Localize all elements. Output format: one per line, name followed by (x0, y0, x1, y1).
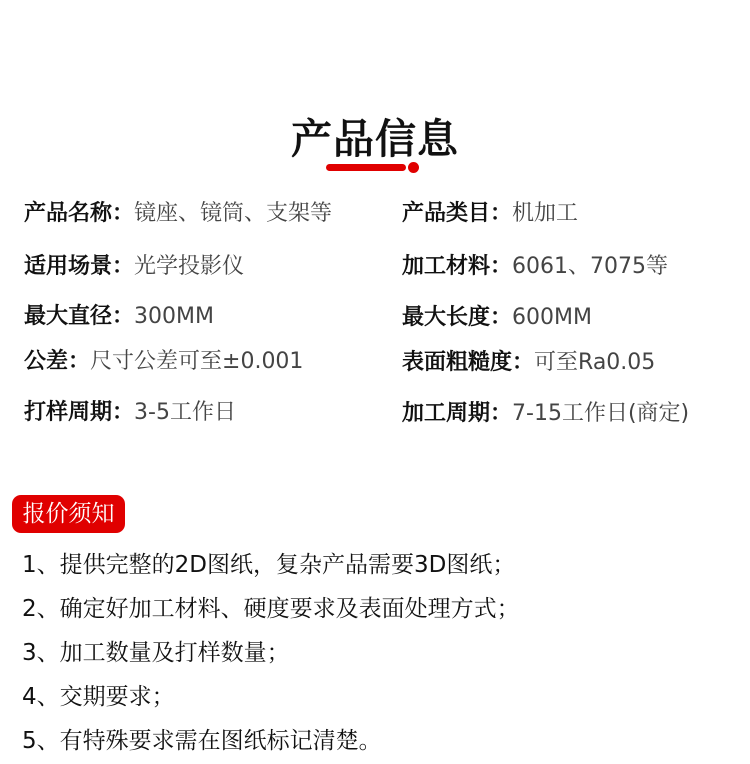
spec-sample-cycle: 打样周期：3-5工作日 (24, 398, 236, 428)
page-title: 产品信息 (0, 106, 750, 165)
spec-label: 表面粗糙度： (402, 350, 534, 375)
spec-label: 加工周期： (402, 401, 512, 426)
spec-label: 最大长度： (402, 305, 512, 330)
spec-processing-cycle: 加工周期：7-15工作日(商定) (402, 399, 689, 429)
spec-label: 产品类目： (402, 201, 512, 226)
spec-material: 加工材料：6061、7075等 (402, 252, 668, 282)
spec-label: 打样周期： (24, 400, 134, 425)
spec-value: 镜座、镜筒、支架等 (134, 201, 332, 226)
spec-max-length: 最大长度：600MM (402, 303, 592, 333)
list-item: 5、有特殊要求需在图纸标记清楚。 (22, 724, 520, 764)
spec-value: 机加工 (512, 201, 578, 226)
spec-application: 适用场景：光学投影仪 (24, 252, 244, 282)
list-item: 3、加工数量及打样数量； (22, 636, 520, 680)
list-item: 4、交期要求； (22, 680, 520, 724)
spec-product-name: 产品名称：镜座、镜筒、支架等 (24, 199, 332, 229)
spec-max-diameter: 最大直径：300MM (24, 302, 214, 332)
title-underline-dot (408, 162, 419, 173)
list-item: 2、确定好加工材料、硬度要求及表面处理方式； (22, 592, 520, 636)
spec-value: 600MM (512, 305, 592, 330)
title-underline-bar (326, 164, 406, 171)
spec-value: 3-5工作日 (134, 400, 236, 425)
spec-label: 最大直径： (24, 304, 134, 329)
spec-label: 适用场景： (24, 254, 134, 279)
spec-label: 加工材料： (402, 254, 512, 279)
spec-category: 产品类目：机加工 (402, 199, 578, 229)
spec-value: 7-15工作日(商定) (512, 401, 689, 426)
quote-notice-list: 1、提供完整的2D图纸，复杂产品需要3D图纸； 2、确定好加工材料、硬度要求及表… (22, 548, 520, 764)
spec-value: 光学投影仪 (134, 254, 244, 279)
quote-notice-badge: 报价须知 (12, 495, 125, 533)
spec-tolerance: 公差：尺寸公差可至±0.001 (24, 347, 303, 377)
spec-value: 可至Ra0.05 (534, 350, 655, 375)
spec-value: 尺寸公差可至±0.001 (90, 349, 303, 374)
spec-label: 产品名称： (24, 201, 134, 226)
list-item: 1、提供完整的2D图纸，复杂产品需要3D图纸； (22, 548, 520, 592)
spec-value: 300MM (134, 304, 214, 329)
spec-value: 6061、7075等 (512, 254, 668, 279)
spec-surface-roughness: 表面粗糙度：可至Ra0.05 (402, 348, 655, 378)
spec-label: 公差： (24, 349, 90, 374)
